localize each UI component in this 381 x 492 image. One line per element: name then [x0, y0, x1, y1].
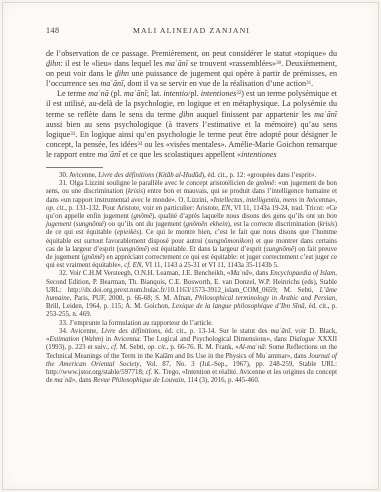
footnotes-section: 30. Avicenne, Livre des définitions (Kit… — [46, 172, 337, 385]
running-title: MALI ALINEJAD ZANJANI — [46, 26, 337, 35]
body-paragraph: de l’observation de ce passage. Première… — [46, 49, 337, 89]
footnote-33: 33. J’emprunte la formulation au rapport… — [46, 320, 337, 328]
footnote-31: 31. Olga Lizzini souligne le parallèle a… — [46, 180, 337, 270]
footnote-separator — [46, 167, 103, 168]
footnote-34: 34. Avicenne, Livre des définitions, éd.… — [46, 328, 337, 385]
page-number: 148 — [46, 26, 60, 35]
body-paragraph: Le terme maʿnā (pl. maʿānī; lat. intenti… — [46, 89, 337, 160]
body-text: de l’observation de ce passage. Première… — [46, 49, 337, 160]
footnote-32: 32. Voir C.H.M Versteegh, O.N.H. Leaman,… — [46, 270, 337, 319]
footnote-30: 30. Avicenne, Livre des définitions (Kit… — [46, 172, 337, 180]
page-header: 148 MALI ALINEJAD ZANJANI — [46, 26, 337, 37]
document-page: 148 MALI ALINEJAD ZANJANI de l’observati… — [0, 0, 381, 492]
